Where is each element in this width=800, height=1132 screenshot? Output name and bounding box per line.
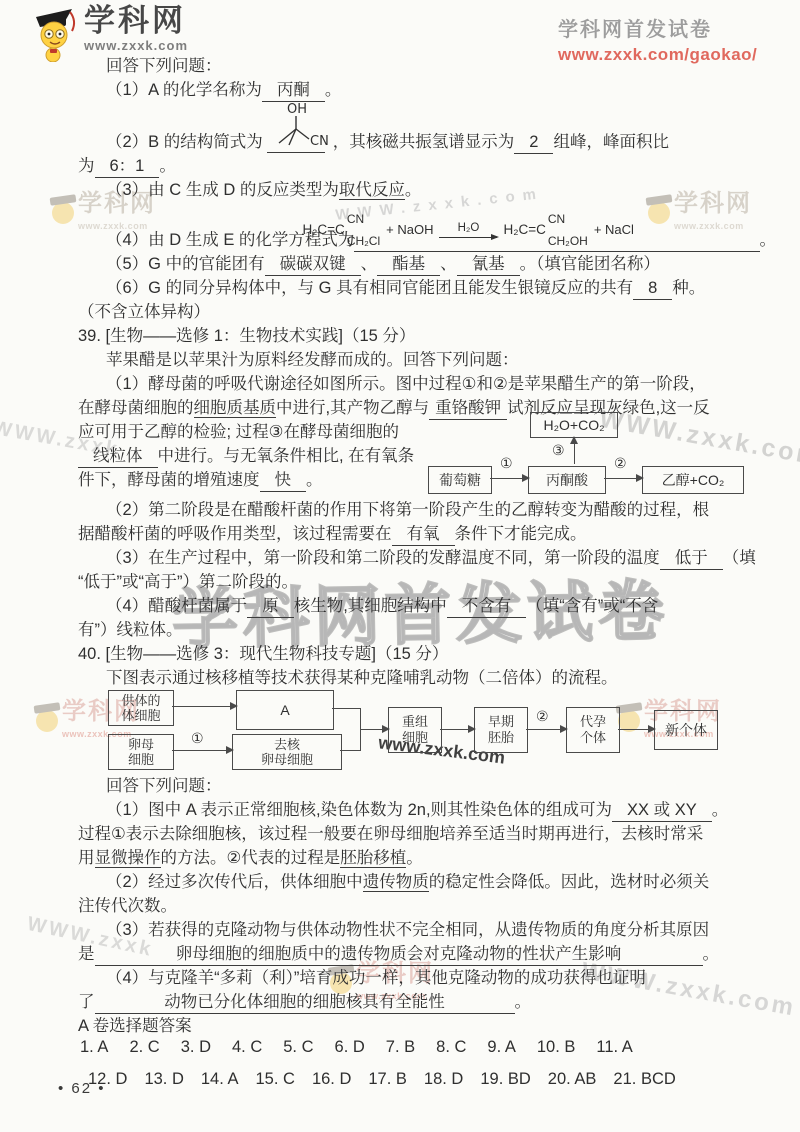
nitrile-label: CN [310,134,329,149]
bio40-p3-l1: （3）若获得的克隆动物与供体动物性状不完全相同，从遗传物质的角度分析其原因 [78,918,776,942]
flow-box-enucleated-oocyte: 去核 卵母细胞 [232,734,342,770]
mascot-icon [52,202,74,224]
answer-blank: 碳碳双键 [265,254,361,276]
text: 组峰，峰面积比 [553,130,669,154]
bio39-p3-l2: “低于”或“高于”）第二阶段的。 [78,570,776,594]
hydroxyl-label: OH [287,102,307,117]
answer-blank: 8 [633,278,672,300]
page-number: • 62 • [58,1080,106,1097]
chem-q3: （3）由 C 生成 D 的反应类型为取代反应。 [78,178,776,202]
chem-intro: 回答下列问题： [78,54,776,78]
connector [340,750,360,751]
step-3-label: ③ [552,443,565,457]
answer-item: 19. BD [480,1070,530,1089]
answer-blank: 快 [260,470,307,492]
bio39-p1-l1: （1）酵母菌的呼吸代谢途径如图所示。图中过程①和②是苹果醋生产的第一阶段， [78,372,776,396]
answer-underlined: 取代反应 [339,181,405,200]
text: ， [333,130,350,154]
bio40-p4-l2: 了动物已分化体细胞的细胞核具有全能性。 [78,990,776,1014]
equation-blank: H₂C=C CNCH₂Cl + NaOH H₂O H₂C=C CNCH₂OH + [354,205,759,252]
text: 其核磁共振氢谱显示为 [349,130,514,154]
flow-box-oocyte: 卵母 细胞 [108,734,174,770]
flow-box-donor-cell: 供体的 体细胞 [108,690,174,726]
answer-blank: 氰基 [457,254,520,276]
reagent: + NaOH [386,218,433,242]
answer-blank: 原 [247,596,294,618]
bio39-p4-l2: 有”）线粒体。 [78,618,776,642]
answer-blank: 卵母细胞的细胞质中的遗传物质会对克隆动物的性状产生影响 [95,944,703,966]
answer-item: 5. C [283,1038,313,1057]
answer-item: 13. D [144,1070,183,1089]
structure-formula-b: OH CN [265,102,331,154]
answer-item: 14. A [201,1070,239,1089]
chem-q6-line2: （不含立体异构） [78,300,776,324]
mascot-icon [30,4,80,67]
diagram-box-pyruvate: 丙酮酸 [528,466,606,494]
bio39-p4-l1: （4）醋酸杆菌属于原核生物,其细胞结构中不含有（填“含有”或“不含 [78,594,776,618]
bio39-p3-l1: （3）在生产过程中，第一阶段和第二阶段的发酵温度不同，第一阶段的温度低于（填 [78,546,776,570]
answer-blank: 线粒体 [78,446,158,468]
site-url: www.zxxk.com [84,38,188,53]
respiration-diagram: H₂O+CO₂ ③ 葡萄糖 ① 丙酮酸 ② 乙醇+CO₂ [428,414,776,498]
flow-box-early-embryo: 早期 胚胎 [474,707,528,753]
reaction-arrow: H₂O [439,222,497,238]
text: 回答下列问题： [106,57,222,75]
mascot-icon [36,710,58,732]
arrow-right [360,729,388,730]
bio39-p2-l2: 据醋酸杆菌的呼吸作用类型，该过程需要在有氧条件下才能完成。 [78,522,776,546]
answer-item: 15. C [256,1070,295,1089]
bio40-intro: 下图表示通过核移植等技术获得某种克隆哺乳动物（二倍体）的流程。 [78,666,776,690]
bio39-p2-l1: （2）第二阶段是在醋酸杆菌的作用下将第一阶段产生的乙醇转变为醋酸的过程，根 [78,498,776,522]
answer-blank: 6：1 [95,156,160,178]
diagram-box-ethanol: 乙醇+CO₂ [642,466,744,494]
bio40-r-intro: 回答下列问题： [78,774,776,798]
flow-box-new-individual: 新个体 [654,710,718,750]
answer-item: 9. A [487,1038,515,1057]
answer-item: 20. AB [548,1070,597,1089]
flow-box-recombinant-cell: 重组 细胞 [388,707,442,753]
answer-blank: 动物已分化体细胞的细胞核具有全能性 [95,992,515,1014]
answer-item: 8. C [436,1038,466,1057]
step-1-label: ① [191,731,204,745]
bio40-p1-l3: 用显微操作的方法。②代表的过程是胚胎移植。 [78,846,776,870]
answer-key-row-2: 12. D13. D14. A15. C16. D17. B18. D19. B… [78,1070,776,1100]
molecule-left: H₂C=C CNCH₂Cl [302,213,380,247]
answer-item: 21. BCD [613,1070,675,1089]
text: 。 [159,157,176,175]
bio40-title: 40. [生物——选修 3：现代生物科技专题]（15 分） [78,642,776,666]
arrow-right [526,729,566,730]
answer-underline [267,152,325,153]
connector [332,708,360,709]
arrow-right [618,729,654,730]
arrow-right [604,478,642,479]
answer-item: 18. D [424,1070,463,1089]
site-name: 学科网 [84,4,188,38]
bio40-p2-l1: （2）经过多次传代后，供体细胞中遗传物质的稳定性会降低。因此，选材时必须关 [78,870,776,894]
arrow-right [172,706,236,707]
answer-item: 4. C [232,1038,262,1057]
header-title: 学科网首发试卷 [558,13,757,42]
text: （1）A 的化学名称为 [106,81,262,99]
answer-underlined: 遗传物质 [363,873,429,892]
bio40-p4-l1: （4）与克隆羊“多莉（利）”培育成功一样，其他克隆动物的成功获得也证明 [78,966,776,990]
answer-blank: 丙酮 [262,80,325,102]
answer-item: 6. D [335,1038,365,1057]
answer-underlined: 细胞质基质 [194,399,277,418]
bio39-p1-l5: 件下，酵母菌的增殖速度快。 [78,468,478,492]
diagram-box-glucose: 葡萄糖 [428,466,492,494]
chem-q2-line2: 为6：1。 [78,154,776,178]
flow-box-surrogate: 代孕 个体 [566,707,620,753]
text: 。 [405,181,422,199]
scanned-exam-page: 学科网 www.zxxk.com 学科网首发试卷 www.zxxk.com/ga… [0,0,800,1132]
cloning-flow-diagram: 供体的 体细胞 A 卵母 细胞 ① 去核 卵母细胞 重组 细胞 早期 胚胎 ② … [78,690,776,774]
chem-q4: （4）由 D 生成 E 的化学方程式为 H₂C=C CNCH₂Cl + NaOH… [78,202,776,252]
product: + NaCl [594,218,634,242]
bio39-p1-l4: 线粒体中进行。与无氧条件相比, 在有氧条 [78,444,478,468]
text: 。 [760,228,777,252]
answer-item: 11. A [596,1038,632,1057]
answer-blank: 不含有 [447,596,527,618]
answer-blank: 有氧 [392,524,455,546]
answer-blank: 低于 [660,548,723,570]
answer-item: 17. B [368,1070,407,1089]
answer-blank: 酯基 [377,254,440,276]
arrow-right [490,478,528,479]
bio39-title: 39. [生物——选修 1：生物技术实践]（15 分） [78,324,776,348]
molecule-right: H₂C=C CNCH₂OH [503,213,587,247]
answer-key-title: A 卷选择题答案 [78,1014,776,1038]
answer-underlined: 显微操作 [95,849,161,868]
text: （3）由 C 生成 D 的反应类型为 [106,181,339,199]
text: 为 [78,157,95,175]
text: （2）B 的结构简式为 [106,130,263,154]
document-body: 回答下列问题： （1）A 的化学名称为丙酮。 （2）B 的结构简式为 OH CN… [78,54,776,1100]
chem-q2-line1: （2）B 的结构简式为 OH CN ， 其核磁共振氢谱显示为 2 组峰，峰面积比 [78,102,776,154]
answer-blank: XX 或 XY [612,800,712,822]
answer-blank: 2 [514,132,553,154]
bio39-p1-l3: 应可用于乙醇的检验; 过程③在酵母菌细胞的 [78,420,478,444]
answer-item: 2. C [129,1038,159,1057]
flow-box-a: A [236,690,334,730]
chem-q6-line1: （6）G 的同分异构体中，与 G 具有相同官能团且能发生银镜反应的共有8种。 [78,276,776,300]
answer-item: 16. D [312,1070,351,1089]
bio40-p1-l2: 过程①表示去除细胞核，该过程一般要在卵母细胞培养至适当时期再进行，去核时常采 [78,822,776,846]
text: 。 [325,81,342,99]
diagram-box-water-co2: H₂O+CO₂ [530,412,618,438]
arrow-up [574,438,575,464]
answer-item: 10. B [537,1038,576,1057]
answer-item: 3. D [181,1038,211,1057]
arrow-right [440,729,474,730]
answer-key-row-1: 1. A2. C3. D4. C5. C6. D7. B8. C9. A10. … [78,1038,776,1070]
answer-underlined: 胚胎移植 [340,849,406,868]
bio40-p3-l2: 是卵母细胞的细胞质中的遗传物质会对克隆动物的性状产生影响。 [78,942,776,966]
arrow-right [172,750,232,751]
bio40-p2-l2: 注传代次数。 [78,894,776,918]
answer-item: 7. B [386,1038,415,1057]
step-1-label: ① [500,456,513,470]
chemical-equation: H₂C=C CNCH₂Cl + NaOH H₂O H₂C=C CNCH₂OH + [302,213,634,247]
answer-item: 1. A [80,1038,108,1057]
step-2-label: ② [614,456,627,470]
chem-q5: （5）G 中的官能团有碳碳双键、酯基、氰基。（填官能团名称） [78,252,776,276]
bio39-intro: 苹果醋是以苹果汁为原料经发酵而成的。回答下列问题： [78,348,776,372]
step-2-label: ② [536,709,549,723]
bio40-p1-l1: （1）图中 A 表示正常细胞核,染色体数为 2n,则其性染色体的组成可为XX 或… [78,798,776,822]
bio39-region: 应可用于乙醇的检验; 过程③在酵母菌细胞的 线粒体中进行。与无氧条件相比, 在有… [78,420,776,498]
chem-q1: （1）A 的化学名称为丙酮。 [78,78,776,102]
